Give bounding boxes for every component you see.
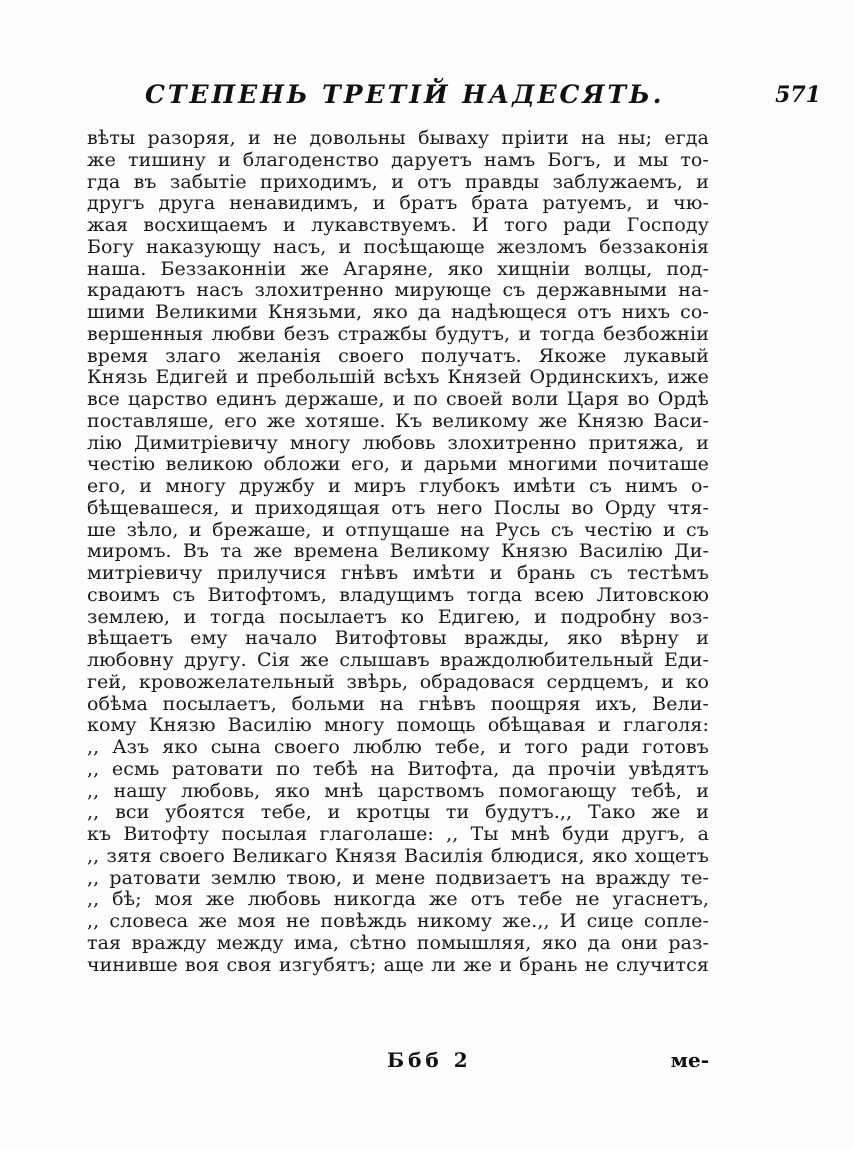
text-line: обѣма посылаетъ, больми на гнѣвъ поощряя… (87, 694, 709, 716)
running-title: СТЕПЕНЬ ТРЕТІЙ НАДЕСЯТЬ. (145, 80, 664, 109)
text-line: жая восхищаемъ и лукавствуемъ. И того ра… (87, 215, 709, 237)
text-line: шими Великими Князьми, яко да надѣющеся … (87, 302, 709, 324)
text-line: тая вражду между има, сѣтно помышляя, як… (87, 933, 709, 955)
text-line: ,, ратовати землю твою, и мене подвизает… (87, 868, 709, 890)
text-line: ,, Азъ яко сына своего люблю тебе, и тог… (87, 737, 709, 759)
text-line: вершенныя любви безъ стражбы будутъ, и т… (87, 324, 709, 346)
text-line: ,, словеса же моя не повѣждь никому же.,… (87, 911, 709, 933)
text-line: Богу наказующу насъ, и посѣщающе жезломъ… (87, 237, 709, 259)
text-line: лію Димитріевичу многу любовь злохитренн… (87, 433, 709, 455)
book-page: СТЕПЕНЬ ТРЕТІЙ НАДЕСЯТЬ. 571 вѣты разоря… (0, 0, 854, 1150)
running-head: СТЕПЕНЬ ТРЕТІЙ НАДЕСЯТЬ. 571 (145, 80, 825, 114)
text-line: своимъ съ Витофтомъ, владущимъ тогда все… (87, 585, 709, 607)
page-footer: Ббб 2 ме- (87, 1048, 709, 1076)
text-line: землею, и тогда посылаетъ ко Едигею, и п… (87, 607, 709, 629)
text-line: гей, кровожелательный звѣрь, обрадовася … (87, 672, 709, 694)
text-line: любовну другу. Сія же слышавъ враждолюби… (87, 650, 709, 672)
text-line: кому Князю Василію многу помощь обѣщавая… (87, 715, 709, 737)
text-line: гда въ забытіе приходимъ, и отъ правды з… (87, 172, 709, 194)
text-line: ,, зятя своего Великаго Князя Василія бл… (87, 846, 709, 868)
text-line: ,, есмь ратовати по тебѣ на Витофта, да … (87, 759, 709, 781)
text-line: честію великою обложи его, и дарьми мног… (87, 454, 709, 476)
text-line: ,, вси убоятся тебе, и кротцы ти будутъ.… (87, 802, 709, 824)
text-line: все царство единъ держаше, и по своей во… (87, 389, 709, 411)
text-line: ше зѣло, и брежаше, и отпущаше на Русь с… (87, 520, 709, 542)
text-line: ,, нашу любовь, яко мнѣ царствомъ помога… (87, 781, 709, 803)
text-line: бѣщевашеся, и приходящая отъ него Послы … (87, 498, 709, 520)
text-line: поставляше, его же хотяше. Къ великому ж… (87, 411, 709, 433)
text-line: вѣты разоряя, и не довольны бываху пріит… (87, 128, 709, 150)
text-line: къ Витофту посылая глаголаше: ,, Ты мнѣ … (87, 824, 709, 846)
text-line: митріевичу прилучися гнѣвъ имѣти и брань… (87, 563, 709, 585)
text-line: его, и многу дружбу и миръ глубокъ имѣти… (87, 476, 709, 498)
text-line: крадаютъ насъ злохитренно мирующе съ дер… (87, 280, 709, 302)
catchword: ме- (671, 1048, 709, 1072)
text-line: чинивше воя своя изгубятъ; аще ли же и б… (87, 955, 709, 977)
text-line: миромъ. Въ та же времена Великому Князю … (87, 541, 709, 563)
text-line: же тишину и благоденство даруетъ намъ Бо… (87, 150, 709, 172)
body-text: вѣты разоряя, и не довольны бываху пріит… (87, 128, 709, 976)
text-line: ,, бѣ; моя же любовь никогда же отъ тебе… (87, 889, 709, 911)
signature-mark: Ббб 2 (387, 1048, 472, 1072)
page-number: 571 (775, 82, 821, 108)
text-line: наша. Беззаконніи же Агаряне, яко хищніи… (87, 259, 709, 281)
text-line: другъ друга ненавидимъ, и братъ брата ра… (87, 193, 709, 215)
text-line: время злаго желанія своего получатъ. Яко… (87, 346, 709, 368)
text-line: Князь Едигей и пребольшій всѣхъ Князей О… (87, 367, 709, 389)
text-line: вѣщаетъ ему начало Витофтовы вражды, яко… (87, 628, 709, 650)
